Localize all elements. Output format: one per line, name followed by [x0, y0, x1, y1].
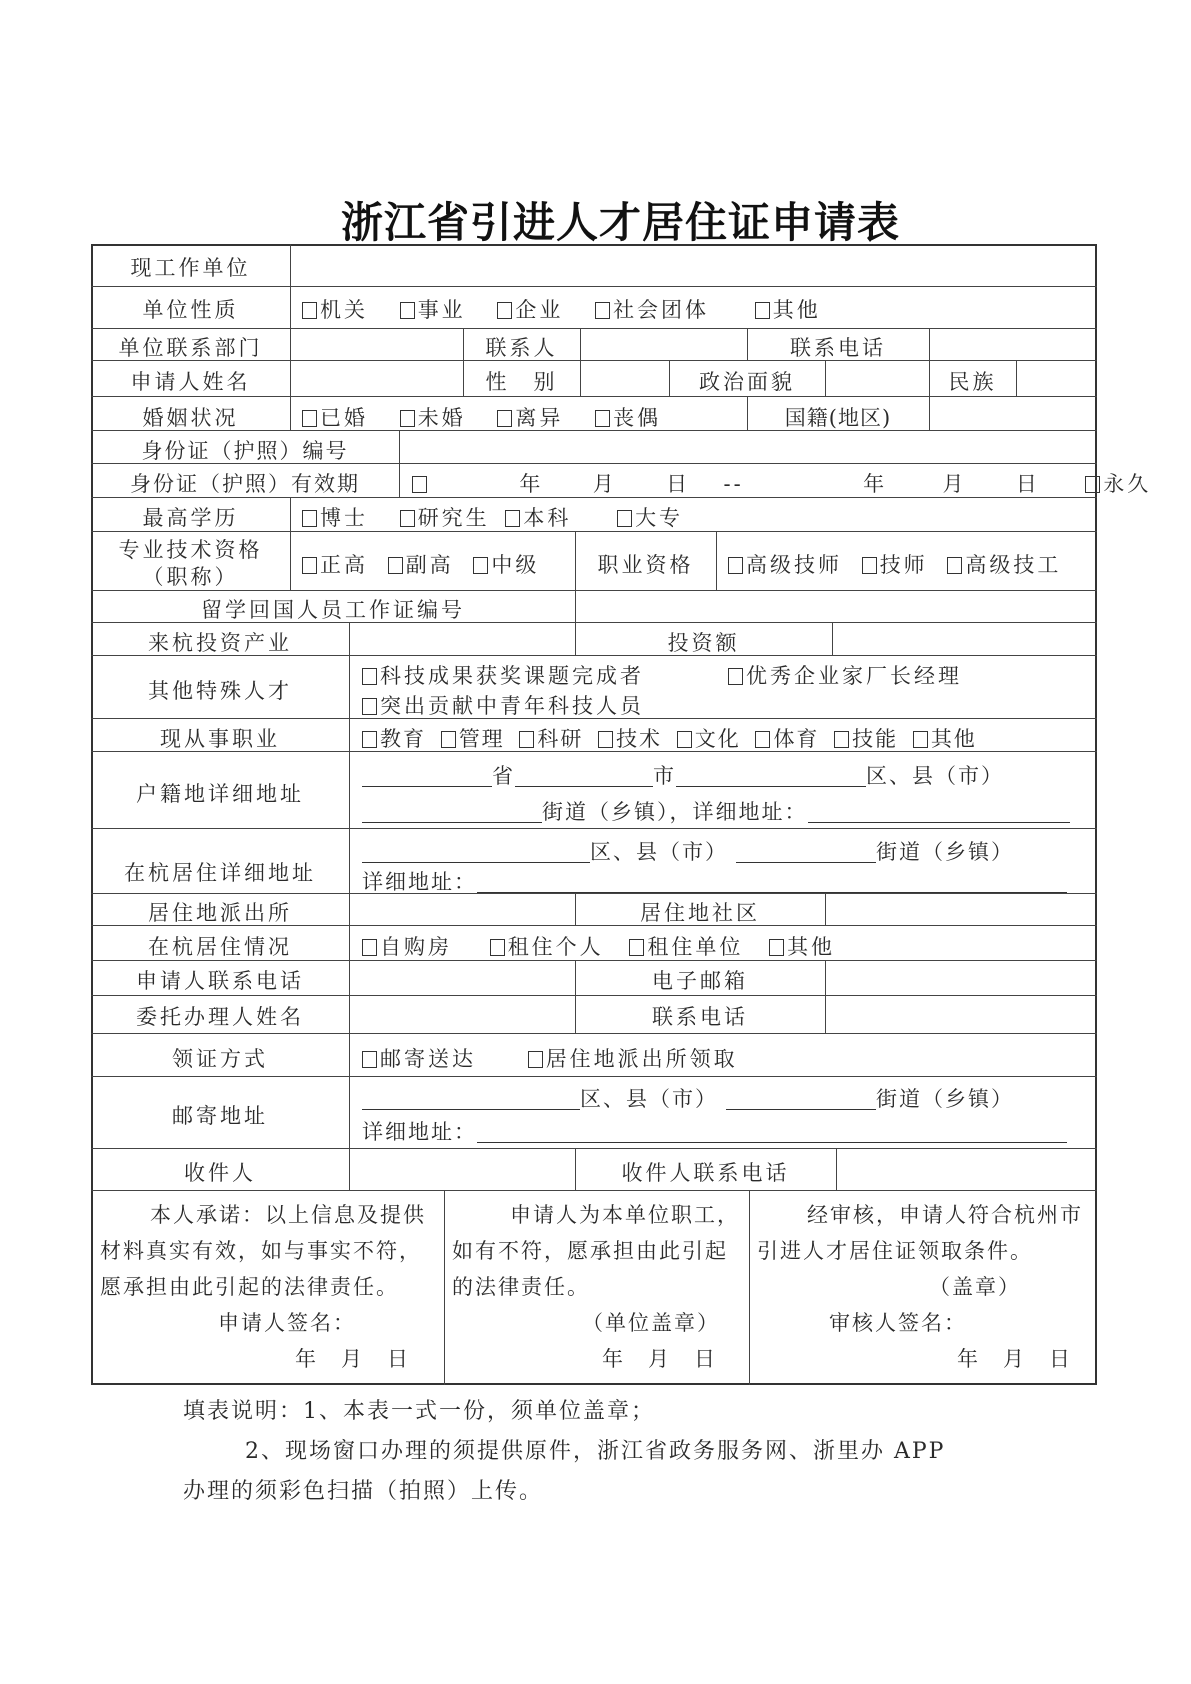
checkbox-icon[interactable]: [497, 410, 512, 427]
col-divider: [575, 590, 576, 622]
education-options: 博士 研究生 本科 大专: [302, 502, 705, 532]
checkbox-icon[interactable]: [913, 731, 928, 748]
special-talent-option[interactable]: 科技成果获奖课题完成者: [362, 660, 644, 690]
form-title: 浙江省引进人才居住证申请表: [0, 190, 1191, 250]
checkbox-icon[interactable]: [362, 698, 377, 715]
community-field[interactable]: [827, 895, 1095, 925]
hz-address-line2: 详细地址：: [362, 866, 1067, 896]
label-id-number: 身份证（护照）编号: [91, 435, 399, 465]
checkbox-icon[interactable]: [755, 302, 770, 319]
pickup-method-option[interactable]: 居住地派出所领取: [528, 1047, 738, 1071]
label-community: 居住地社区: [575, 897, 825, 927]
label-marital: 婚姻状况: [91, 402, 290, 432]
col-divider: [349, 1148, 350, 1190]
label-occupation: 现从事职业: [91, 723, 349, 753]
label-police-station: 居住地派出所: [91, 897, 349, 927]
label-unit-dept: 单位联系部门: [91, 332, 290, 362]
unit-nature-option[interactable]: 机关: [302, 298, 368, 322]
detail-blank[interactable]: [477, 874, 1067, 893]
occupation-option[interactable]: 教育: [362, 727, 426, 751]
start-year: 年: [519, 472, 543, 496]
col-divider: [825, 360, 826, 396]
label-agent-name: 委托办理人姓名: [91, 1001, 349, 1031]
col-divider: [349, 622, 350, 1148]
checkbox-icon[interactable]: [400, 510, 415, 527]
district-blank[interactable]: [676, 768, 866, 787]
label-mail-address: 邮寄地址: [91, 1100, 349, 1130]
education-option[interactable]: 大专: [617, 506, 683, 530]
row-divider: [91, 396, 1097, 397]
label-recipient: 收件人: [91, 1157, 349, 1187]
checkbox-icon[interactable]: [388, 557, 403, 574]
start-day: 日: [666, 472, 690, 496]
checkbox-icon[interactable]: [441, 731, 456, 748]
row-divider: [91, 828, 1097, 829]
pickup-method-option[interactable]: 邮寄送达: [362, 1047, 476, 1071]
hz-housing-option[interactable]: 租住个人: [490, 935, 604, 959]
special-talent-option[interactable]: 突出贡献中青年科技人员: [362, 690, 644, 720]
mail-address-line1: 区、县（市）街道（乡镇）: [362, 1083, 1014, 1113]
occupation-options: 教育 管理 科研 技术 文化 体育 技能 其他: [362, 723, 977, 753]
education-option[interactable]: 本科: [505, 506, 571, 530]
applicant-phone-field[interactable]: [351, 962, 574, 995]
marital-option[interactable]: 离异: [497, 406, 563, 430]
end-year: 年: [863, 472, 887, 496]
label-hz-address: 在杭居住详细地址: [91, 857, 349, 887]
col-divider: [444, 1190, 445, 1385]
row-divider: [91, 328, 1097, 329]
street-blank[interactable]: [362, 804, 542, 823]
work-unit-field[interactable]: [292, 246, 1095, 286]
prof-title-option[interactable]: 副高: [388, 553, 454, 577]
hz-housing-option[interactable]: 租住单位: [629, 935, 743, 959]
label-prof-title: 专业技术资格: [91, 534, 290, 564]
label-contact-person: 联系人: [463, 332, 580, 362]
unit-declaration: 申请人为本单位职工， 如有不符，愿承担由此引起 的法律责任。 （单位盖章） 年 …: [452, 1197, 747, 1377]
unit-nature-option[interactable]: 社会团体: [595, 298, 709, 322]
col-divider: [580, 328, 581, 396]
unit-nature-options: 机关 事业 企业 社会团体 其他: [302, 294, 843, 324]
marital-option[interactable]: 丧偶: [595, 406, 661, 430]
col-divider: [290, 244, 291, 430]
label-nationality: 国籍(地区): [747, 402, 929, 432]
review-date: 年 月 日: [757, 1341, 1097, 1377]
checkbox-icon[interactable]: [497, 302, 512, 319]
checkbox-icon[interactable]: [728, 668, 743, 685]
range-dash: --: [724, 472, 744, 496]
checkbox-icon[interactable]: [302, 557, 317, 574]
checkbox-icon[interactable]: [598, 731, 613, 748]
prof-title-option[interactable]: 中级: [473, 553, 539, 577]
label-invest-amount: 投资额: [575, 627, 832, 657]
checkbox-icon[interactable]: [400, 410, 415, 427]
unit-nature-option[interactable]: 事业: [400, 298, 466, 322]
checkbox-icon[interactable]: [862, 557, 877, 574]
checkbox-icon[interactable]: [595, 410, 610, 427]
end-day: 日: [1016, 472, 1040, 496]
vocational-option[interactable]: 高级技师: [728, 553, 842, 577]
checkbox-icon[interactable]: [677, 731, 692, 748]
occupation-option[interactable]: 文化: [677, 727, 741, 751]
checkbox-icon[interactable]: [629, 939, 644, 956]
checkbox-icon[interactable]: [595, 302, 610, 319]
education-option[interactable]: 博士: [302, 506, 368, 530]
checkbox-icon[interactable]: [490, 939, 505, 956]
review-declaration: 经审核，申请人符合杭州市 引进人才居住证领取条件。 （盖章） 审核人签名： 年 …: [757, 1197, 1097, 1377]
hz-housing-options: 自购房 租住个人 租住单位 其他: [362, 931, 857, 961]
col-divider: [825, 960, 826, 1033]
checkbox-icon[interactable]: [755, 731, 770, 748]
marital-option[interactable]: 已婚: [302, 406, 368, 430]
district-blank[interactable]: [362, 844, 590, 863]
col-divider: [749, 1190, 750, 1385]
detail-blank[interactable]: [808, 804, 1070, 823]
row-divider: [91, 286, 1097, 287]
checkbox-icon[interactable]: [528, 1051, 543, 1068]
checkbox-icon[interactable]: [1085, 476, 1100, 493]
pickup-method-options: 邮寄送达 居住地派出所领取: [362, 1043, 760, 1073]
label-hz-housing: 在杭居住情况: [91, 931, 349, 961]
reviewer-signature[interactable]: 审核人签名：: [757, 1305, 1097, 1341]
occupation-option[interactable]: 科研: [519, 727, 583, 751]
checkbox-icon[interactable]: [362, 1051, 377, 1068]
row-divider: [91, 1033, 1097, 1034]
col-divider: [1016, 360, 1017, 396]
invest-industry-field[interactable]: [351, 624, 574, 655]
checkbox-icon[interactable]: [362, 731, 377, 748]
marital-option[interactable]: 未婚: [400, 406, 466, 430]
checkbox-icon[interactable]: [769, 939, 784, 956]
occupation-option[interactable]: 技能: [834, 727, 898, 751]
hz-housing-option[interactable]: 其他: [769, 935, 835, 959]
checkbox-icon[interactable]: [728, 557, 743, 574]
label-prof-title-sub: （职称）: [91, 561, 290, 591]
note-line-2: 2、现场窗口办理的须提供原件，浙江省政务服务网、浙里办 APP: [245, 1434, 946, 1465]
row-divider: [91, 1148, 1097, 1149]
unit-date: 年 月 日: [452, 1341, 747, 1377]
checkbox-icon[interactable]: [617, 510, 632, 527]
checkbox-icon[interactable]: [302, 510, 317, 527]
label-special-talent: 其他特殊人才: [91, 675, 349, 705]
applicant-signature[interactable]: 申请人签名：: [100, 1305, 440, 1341]
applicant-name-field[interactable]: [292, 362, 462, 396]
note-line-1: 填表说明：1、本表一式一份，须单位盖章；: [183, 1394, 655, 1425]
marital-options: 已婚 未婚 离异 丧偶: [302, 402, 683, 432]
start-month: 月: [593, 472, 617, 496]
returnee-permit-field[interactable]: [577, 592, 1095, 622]
political-field[interactable]: [827, 362, 927, 396]
occupation-option[interactable]: 管理: [441, 727, 505, 751]
checkbox-icon[interactable]: [302, 302, 317, 319]
label-invest-industry: 来杭投资产业: [91, 627, 349, 657]
col-divider: [836, 1148, 837, 1190]
prof-title-option[interactable]: 正高: [302, 553, 368, 577]
detail-blank[interactable]: [477, 1124, 1067, 1143]
mail-address-line2: 详细地址：: [362, 1116, 1067, 1146]
checkbox-icon[interactable]: [834, 731, 849, 748]
special-talent-option[interactable]: 优秀企业家厂长经理: [728, 660, 962, 690]
checkbox-icon[interactable]: [362, 668, 377, 685]
invest-amount-field[interactable]: [834, 624, 1095, 655]
education-option[interactable]: 研究生: [400, 506, 490, 530]
col-divider: [290, 497, 291, 590]
label-applicant-name: 申请人姓名: [91, 366, 290, 396]
checkbox-icon[interactable]: [302, 410, 317, 427]
label-email: 电子邮箱: [575, 965, 825, 995]
label-hukou-address: 户籍地详细地址: [91, 778, 349, 808]
checkbox-icon[interactable]: [505, 510, 520, 527]
label-unit-nature: 单位性质: [91, 294, 290, 324]
email-field[interactable]: [827, 962, 1095, 995]
id-number-field[interactable]: [401, 432, 1095, 463]
contact-person-field[interactable]: [582, 330, 746, 360]
nationality-field[interactable]: [931, 398, 1095, 430]
district-blank[interactable]: [362, 1091, 580, 1110]
city-blank[interactable]: [515, 768, 653, 787]
label-ethnicity: 民族: [929, 366, 1016, 396]
label-political: 政治面貌: [669, 366, 825, 396]
col-divider: [825, 893, 826, 925]
applicant-date: 年 月 日: [100, 1341, 440, 1377]
id-validity-row: 年 月 日 -- 年 月 日 永久: [412, 468, 1151, 498]
recipient-phone-field[interactable]: [838, 1150, 1095, 1190]
unit-nature-option[interactable]: 企业: [497, 298, 563, 322]
label-education: 最高学历: [91, 502, 290, 532]
hz-housing-option[interactable]: 自购房: [362, 935, 452, 959]
note-line-3: 办理的须彩色扫描（拍照）上传。: [183, 1474, 543, 1505]
row-divider: [91, 995, 1097, 996]
checkbox-icon[interactable]: [362, 939, 377, 956]
row-divider: [91, 1190, 1097, 1191]
end-month: 月: [942, 472, 966, 496]
recipient-field[interactable]: [351, 1150, 574, 1190]
street-blank[interactable]: [726, 1091, 876, 1110]
row-divider: [91, 1076, 1097, 1077]
agent-name-field[interactable]: [351, 997, 574, 1033]
label-agent-phone: 联系电话: [575, 1001, 825, 1031]
vocational-option[interactable]: 技师: [862, 553, 928, 577]
occupation-option[interactable]: 技术: [598, 727, 662, 751]
label-gender: 性 别: [463, 366, 580, 396]
label-applicant-phone: 申请人联系电话: [91, 965, 349, 995]
gender-field[interactable]: [582, 362, 668, 396]
occupation-option[interactable]: 其他: [913, 727, 977, 751]
agent-phone-field[interactable]: [827, 997, 1095, 1033]
checkbox-icon[interactable]: [412, 476, 427, 493]
col-divider: [399, 430, 400, 497]
prof-title-options: 正高 副高 中级: [302, 549, 561, 579]
label-work-unit: 现工作单位: [91, 252, 290, 282]
col-divider: [832, 622, 833, 655]
vocational-option[interactable]: 高级技工: [947, 553, 1061, 577]
label-pickup-method: 领证方式: [91, 1043, 349, 1073]
checkbox-icon[interactable]: [947, 557, 962, 574]
checkbox-icon[interactable]: [473, 557, 488, 574]
hz-address-line1: 区、县（市）街道（乡镇）: [362, 836, 1014, 866]
street-blank[interactable]: [736, 844, 876, 863]
permanent-option[interactable]: 永久: [1085, 472, 1151, 496]
province-blank[interactable]: [362, 768, 492, 787]
hukou-address-line2: 街道（乡镇），详细地址：: [362, 796, 1070, 826]
unit-seal: （单位盖章）: [452, 1305, 747, 1341]
label-contact-phone: 联系电话: [747, 332, 929, 362]
hukou-address-line1: 省市区、县（市）: [362, 760, 1004, 790]
police-station-field[interactable]: [351, 895, 574, 925]
vocational-options: 高级技师 技师 高级技工: [728, 549, 1061, 579]
label-returnee-permit: 留学回国人员工作证编号: [91, 594, 575, 624]
unit-nature-option[interactable]: 其他: [755, 298, 821, 322]
applicant-declaration: 本人承诺：以上信息及提供 材料真实有效，如与事实不符， 愿承担由此引起的法律责任…: [100, 1197, 440, 1377]
label-vocational: 职业资格: [575, 549, 716, 579]
checkbox-icon[interactable]: [400, 302, 415, 319]
col-divider: [716, 531, 717, 590]
review-seal: （盖章）: [757, 1269, 1097, 1305]
contact-phone-field[interactable]: [931, 330, 1095, 360]
label-id-validity: 身份证（护照）有效期: [91, 468, 399, 498]
label-recipient-phone: 收件人联系电话: [575, 1157, 836, 1187]
checkbox-icon[interactable]: [519, 731, 534, 748]
occupation-option[interactable]: 体育: [755, 727, 819, 751]
unit-dept-field[interactable]: [292, 330, 462, 360]
ethnicity-field[interactable]: [1018, 362, 1095, 396]
